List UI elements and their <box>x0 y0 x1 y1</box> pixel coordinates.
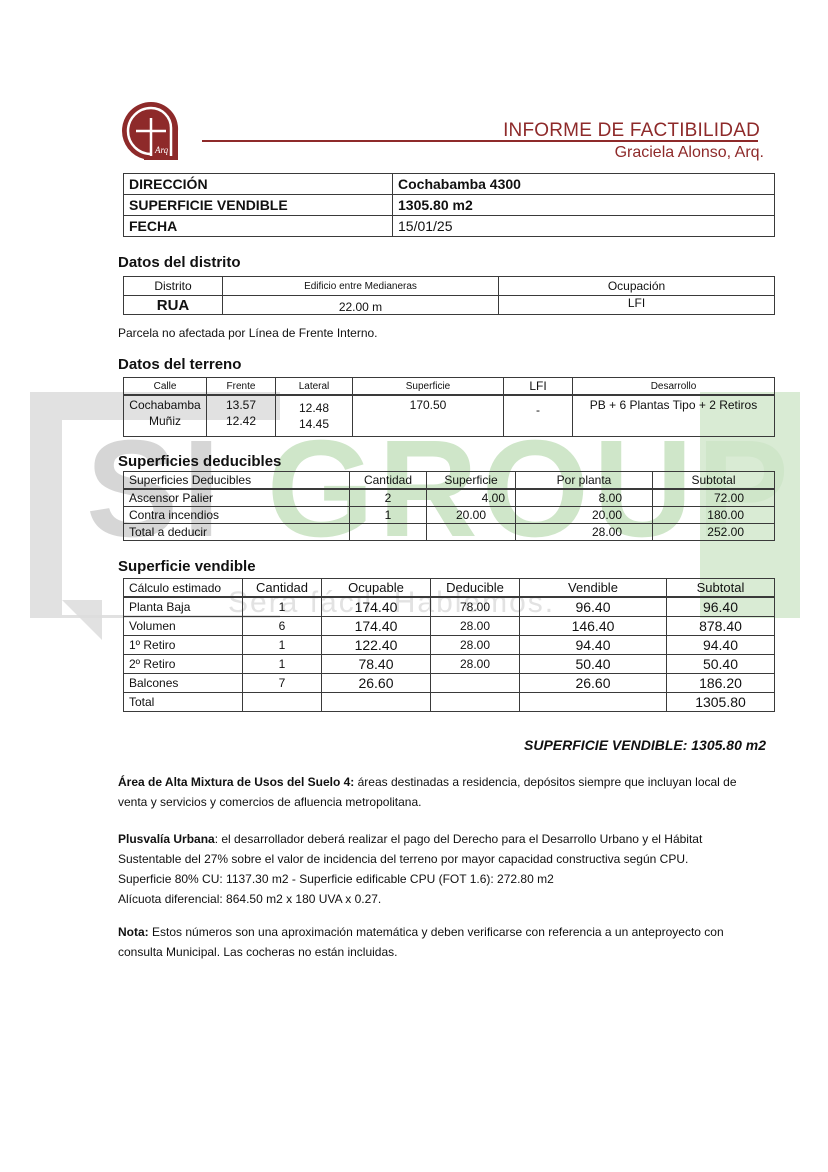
deducible-superficie: 4.00 <box>427 489 516 507</box>
vendible-cantidad: 6 <box>243 617 322 636</box>
table-row: Contra incendios 1 20.00 20.00 180.00 <box>124 507 775 524</box>
deducible-name: Total a deducir <box>124 524 350 541</box>
column-header: Ocupación <box>499 277 775 296</box>
column-header: Lateral <box>276 378 353 396</box>
deducible-subtotal: 72.00 <box>653 489 775 507</box>
calle-cell: CochabambaMuñiz <box>124 395 207 437</box>
deducible-subtotal: 252.00 <box>653 524 775 541</box>
summary-value: 1305.80 m2 <box>393 195 775 216</box>
lateral-value: 14.45 <box>281 416 347 432</box>
table-row: Planta Baja 1 174.40 78.00 96.40 96.40 <box>124 597 775 617</box>
distrito-table: Distrito Edificio entre Medianeras Ocupa… <box>123 276 775 315</box>
table-row: DIRECCIÓN Cochabamba 4300 <box>124 174 775 195</box>
column-header: Superficie <box>353 378 504 396</box>
table-row: CochabambaMuñiz 13.5712.42 12.4814.45 17… <box>124 395 775 437</box>
report-title: INFORME DE FACTIBILIDAD <box>503 120 760 142</box>
plusvalia-paragraph: Plusvalía Urbana: el desarrollador deber… <box>118 829 768 909</box>
table-header-row: Cálculo estimado Cantidad Ocupable Deduc… <box>124 579 775 598</box>
vendible-cantidad: 1 <box>243 636 322 655</box>
vendible-concept: 2º Retiro <box>124 655 243 674</box>
column-header: Distrito <box>124 277 223 296</box>
frente-value: 12.42 <box>212 413 270 429</box>
vendible-vendible: 50.40 <box>520 655 667 674</box>
section-title-vendible: Superficie vendible <box>118 558 256 575</box>
table-row: Volumen 6 174.40 28.00 146.40 878.40 <box>124 617 775 636</box>
watermark-speech-tail <box>62 600 102 640</box>
vendible-vendible: 94.40 <box>520 636 667 655</box>
superficie-vendible-total: SUPERFICIE VENDIBLE: 1305.80 m2 <box>524 737 766 753</box>
section-title-terreno: Datos del terreno <box>118 356 241 373</box>
column-header: Ocupable <box>322 579 431 598</box>
deducible-name: Ascensor Palier <box>124 489 350 507</box>
vendible-subtotal: 96.40 <box>667 597 775 617</box>
lateral-value: 12.48 <box>281 400 347 416</box>
deducible-por-planta: 28.00 <box>516 524 653 541</box>
plusvalia-alicuota: Alícuota diferencial: 864.50 m2 x 180 UV… <box>118 892 381 906</box>
vendible-subtotal: 1305.80 <box>667 693 775 712</box>
nota-text: Estos números son una aproximación matem… <box>118 925 724 959</box>
table-header-row: Distrito Edificio entre Medianeras Ocupa… <box>124 277 775 296</box>
svg-text:Arq: Arq <box>154 145 169 155</box>
document-header: Arq INFORME DE FACTIBILIDAD Graciela Alo… <box>120 100 780 170</box>
column-header: Cantidad <box>243 579 322 598</box>
calle-value: Muñiz <box>129 413 201 429</box>
deducibles-table: Superficies Deducibles Cantidad Superfic… <box>123 471 775 541</box>
section-title-deducibles: Superficies deducibles <box>118 453 281 470</box>
summary-label: DIRECCIÓN <box>124 174 393 195</box>
vendible-table: Cálculo estimado Cantidad Ocupable Deduc… <box>123 578 775 712</box>
table-row: Total a deducir 28.00 252.00 <box>124 524 775 541</box>
deducible-por-planta: 8.00 <box>516 489 653 507</box>
table-row: SUPERFICIE VENDIBLE 1305.80 m2 <box>124 195 775 216</box>
plusvalia-label: Plusvalía Urbana <box>118 832 215 846</box>
report-author: Graciela Alonso, Arq. <box>615 144 764 162</box>
summary-label: FECHA <box>124 216 393 237</box>
column-header: Subtotal <box>653 472 775 490</box>
vendible-subtotal: 94.40 <box>667 636 775 655</box>
vendible-cantidad <box>243 693 322 712</box>
ocupacion-value: LFI <box>499 296 775 315</box>
table-row: 2º Retiro 1 78.40 28.00 50.40 50.40 <box>124 655 775 674</box>
column-header: Frente <box>207 378 276 396</box>
column-header: Cálculo estimado <box>124 579 243 598</box>
column-header: Vendible <box>520 579 667 598</box>
lateral-cell: 12.4814.45 <box>276 395 353 437</box>
vendible-deducible: 78.00 <box>431 597 520 617</box>
deducible-cantidad: 1 <box>350 507 427 524</box>
table-row: Total 1305.80 <box>124 693 775 712</box>
vendible-deducible <box>431 674 520 693</box>
column-header: Calle <box>124 378 207 396</box>
deducible-cantidad: 2 <box>350 489 427 507</box>
column-header: Por planta <box>516 472 653 490</box>
section-title-distrito: Datos del distrito <box>118 254 241 271</box>
vendible-vendible: 96.40 <box>520 597 667 617</box>
column-header: Edificio entre Medianeras <box>223 277 499 296</box>
vendible-subtotal: 186.20 <box>667 674 775 693</box>
frente-value: 13.57 <box>212 397 270 413</box>
area-paragraph: Área de Alta Mixtura de Usos del Suelo 4… <box>118 772 768 812</box>
nota-label: Nota: <box>118 925 149 939</box>
nota-paragraph: Nota: Estos números son una aproximación… <box>118 922 768 962</box>
table-header-row: Calle Frente Lateral Superficie LFI Desa… <box>124 378 775 396</box>
vendible-cantidad: 1 <box>243 597 322 617</box>
vendible-subtotal: 50.40 <box>667 655 775 674</box>
vendible-deducible: 28.00 <box>431 617 520 636</box>
summary-value: 15/01/25 <box>393 216 775 237</box>
summary-table: DIRECCIÓN Cochabamba 4300 SUPERFICIE VEN… <box>123 173 775 237</box>
column-header: Desarrollo <box>573 378 775 396</box>
vendible-concept: Total <box>124 693 243 712</box>
desarrollo-value: PB + 6 Plantas Tipo + 2 Retiros <box>573 395 775 437</box>
table-row: RUA 22.00 m LFI <box>124 296 775 315</box>
deducible-cantidad <box>350 524 427 541</box>
calle-value: Cochabamba <box>129 397 201 413</box>
frente-cell: 13.5712.42 <box>207 395 276 437</box>
summary-label: SUPERFICIE VENDIBLE <box>124 195 393 216</box>
table-row: Ascensor Palier 2 4.00 8.00 72.00 <box>124 489 775 507</box>
vendible-deducible: 28.00 <box>431 655 520 674</box>
vendible-cantidad: 7 <box>243 674 322 693</box>
medianeras-value: 22.00 m <box>223 296 499 315</box>
distrito-note: Parcela no afectada por Línea de Frente … <box>118 326 378 340</box>
vendible-deducible: 28.00 <box>431 636 520 655</box>
ga-architect-logo-icon: Arq <box>120 100 182 162</box>
vendible-ocupable: 174.40 <box>322 597 431 617</box>
table-row: Balcones 7 26.60 26.60 186.20 <box>124 674 775 693</box>
deducible-subtotal: 180.00 <box>653 507 775 524</box>
vendible-vendible: 146.40 <box>520 617 667 636</box>
terreno-table: Calle Frente Lateral Superficie LFI Desa… <box>123 377 775 437</box>
column-header: Deducible <box>431 579 520 598</box>
column-header: Subtotal <box>667 579 775 598</box>
vendible-ocupable: 122.40 <box>322 636 431 655</box>
deducible-name: Contra incendios <box>124 507 350 524</box>
area-label: Área de Alta Mixtura de Usos del Suelo 4… <box>118 775 354 789</box>
column-header: LFI <box>504 378 573 396</box>
vendible-deducible <box>431 693 520 712</box>
vendible-ocupable: 26.60 <box>322 674 431 693</box>
superficie-value: 170.50 <box>353 395 504 437</box>
summary-value: Cochabamba 4300 <box>393 174 775 195</box>
vendible-concept: Volumen <box>124 617 243 636</box>
vendible-vendible: 26.60 <box>520 674 667 693</box>
distrito-value: RUA <box>124 296 223 315</box>
vendible-ocupable <box>322 693 431 712</box>
deducible-superficie <box>427 524 516 541</box>
column-header: Superficies Deducibles <box>124 472 350 490</box>
vendible-ocupable: 78.40 <box>322 655 431 674</box>
table-row: 1º Retiro 1 122.40 28.00 94.40 94.40 <box>124 636 775 655</box>
table-header-row: Superficies Deducibles Cantidad Superfic… <box>124 472 775 490</box>
lfi-value: - <box>504 395 573 437</box>
vendible-cantidad: 1 <box>243 655 322 674</box>
column-header: Superficie <box>427 472 516 490</box>
deducible-por-planta: 20.00 <box>516 507 653 524</box>
vendible-subtotal: 878.40 <box>667 617 775 636</box>
table-row: FECHA 15/01/25 <box>124 216 775 237</box>
vendible-concept: Planta Baja <box>124 597 243 617</box>
vendible-vendible <box>520 693 667 712</box>
vendible-concept: 1º Retiro <box>124 636 243 655</box>
column-header: Cantidad <box>350 472 427 490</box>
vendible-concept: Balcones <box>124 674 243 693</box>
vendible-ocupable: 174.40 <box>322 617 431 636</box>
deducible-superficie: 20.00 <box>427 507 516 524</box>
plusvalia-superficie: Superficie 80% CU: 1137.30 m2 - Superfic… <box>118 872 554 886</box>
